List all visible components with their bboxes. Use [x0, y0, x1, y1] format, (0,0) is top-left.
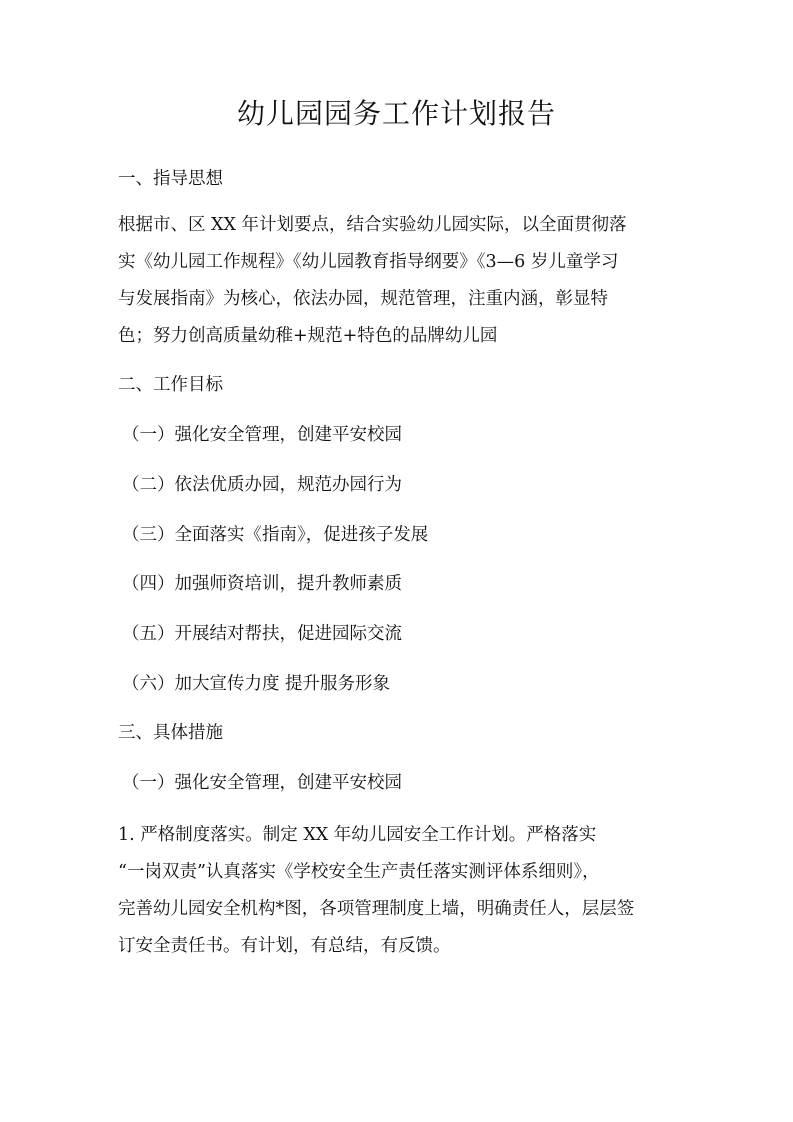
- goal-item: （五）开展结对帮扶，促进园际交流: [122, 622, 402, 646]
- paragraph-line: 与发展指南》为核心，依法办园，规范管理，注重内涵，彰显特: [118, 281, 678, 318]
- document-page: 幼儿园园务工作计划报告 一、指导思想 根据市、区 XX 年计划要点，结合实验幼儿…: [0, 0, 793, 1122]
- paragraph-line: 根据市、区 XX 年计划要点，结合实验幼儿园实际，以全面贯彻落: [118, 207, 678, 244]
- goal-item: （三）全面落实《指南》，促进孩子发展: [122, 523, 428, 547]
- measures-subheading: （一）强化安全管理，创建平安校园: [122, 771, 402, 795]
- paragraph-line: 实《幼儿园工作规程》《幼儿园教育指导纲要》《3—6 岁儿童学习: [118, 244, 678, 281]
- goal-item: （一）强化安全管理，创建平安校园: [122, 423, 402, 447]
- measures-paragraph: 1. 严格制度落实。制定 XX 年幼儿园安全工作计划。严格落实 “一岗双责”认真…: [118, 817, 678, 965]
- section-heading-work-goals: 二、工作目标: [118, 373, 223, 397]
- goal-item: （六）加大宣传力度 提升服务形象: [122, 672, 390, 696]
- paragraph-line: 完善幼儿园安全机构*图，各项管理制度上墙，明确责任人，层层签: [118, 891, 678, 928]
- paragraph-line: 1. 严格制度落实。制定 XX 年幼儿园安全工作计划。严格落实: [118, 817, 678, 854]
- goal-item: （四）加强师资培训，提升教师素质: [122, 572, 402, 596]
- goal-item: （二）依法优质办园，规范办园行为: [122, 473, 402, 497]
- paragraph-line: “一岗双责”认真落实《学校安全生产责任落实测评体系细则》，: [118, 854, 678, 891]
- section-heading-specific-measures: 三、具体措施: [118, 721, 223, 745]
- paragraph-line: 订安全责任书。有计划，有总结，有反馈。: [118, 928, 678, 965]
- section-heading-guiding-ideology: 一、指导思想: [118, 167, 223, 191]
- document-title: 幼儿园园务工作计划报告: [0, 94, 793, 134]
- paragraph-line: 色；努力创高质量幼稚+规范+特色的品牌幼儿园: [118, 318, 678, 355]
- guiding-ideology-paragraph: 根据市、区 XX 年计划要点，结合实验幼儿园实际，以全面贯彻落 实《幼儿园工作规…: [118, 207, 678, 355]
